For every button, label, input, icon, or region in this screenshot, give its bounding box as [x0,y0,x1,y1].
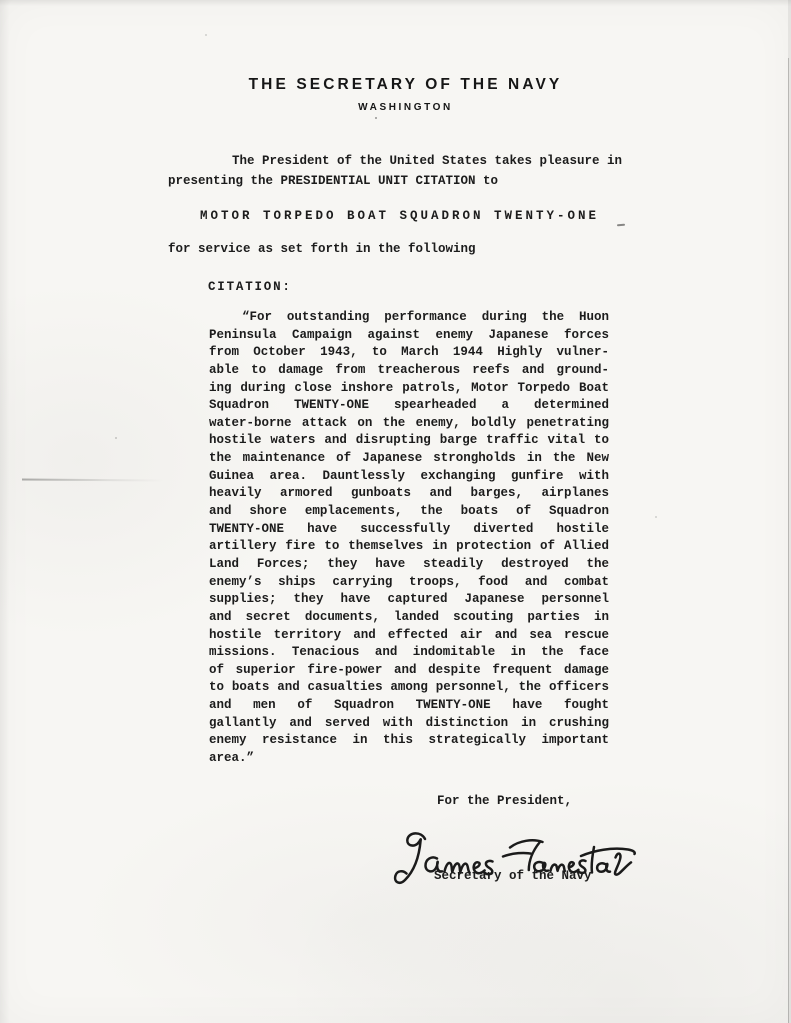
citation-body: “For outstanding performance during the … [209,309,609,768]
citation-line: heavily armored gunboats and barges, air… [209,485,609,503]
citation-line: missions. Tenacious and indomitable in t… [209,644,609,662]
citation-line: “For outstanding performance during the … [209,309,609,327]
citation-line: area.” [209,750,609,768]
stray-mark [617,224,625,227]
signature-ink-icon [392,827,642,889]
citation-line: TWENTY-ONE have successfully diverted ho… [209,521,609,539]
citation-line: Land Forces; they have steadily destroye… [209,556,609,574]
paper-crease [22,479,164,482]
citation-line: Peninsula Campaign against enemy Japanes… [209,327,609,345]
citation-line: able to damage from treacherous reefs an… [209,362,609,380]
intro-line: presenting the PRESIDENTIAL UNIT CITATIO… [168,171,648,191]
citation-line: water-borne attack on the enemy, boldly … [209,415,609,433]
citation-heading: CITATION: [208,277,292,297]
citation-line: Guinea area. Dauntlessly exchanging gunf… [209,468,609,486]
letterhead-subtitle: WASHINGTON [10,102,791,113]
citation-line: ing during close inshore patrols, Motor … [209,380,609,398]
dust-speck [655,516,657,518]
citation-line: enemy’s ships carrying troops, food and … [209,574,609,592]
citation-line: of superior fire-power and despite frequ… [209,662,609,680]
citation-line: and men of Squadron TWENTY-ONE have foug… [209,697,609,715]
citation-line: from October 1943, to March 1944 Highly … [209,344,609,362]
closing-lead: For the President, [437,791,572,811]
dust-speck [375,117,377,119]
dust-speck [205,34,207,36]
citation-line: supplies; they have captured Japanese pe… [209,591,609,609]
recipient-unit-name: MOTOR TORPEDO BOAT SQUADRON TWENTY-ONE [200,206,599,226]
scanned-letter-page: THE SECRETARY OF THE NAVY WASHINGTON The… [0,0,791,1023]
citation-line: to boats and casualties among personnel,… [209,679,609,697]
intro-line: The President of the United States takes… [168,151,648,171]
citation-line: hostile waters and disrupting barge traf… [209,432,609,450]
citation-line: gallantly and served with distinction in… [209,715,609,733]
citation-line: Squadron TWENTY-ONE spearheaded a determ… [209,397,609,415]
citation-line: the maintenance of Japanese strongholds … [209,450,609,468]
citation-line: and shore emplacements, the boats of Squ… [209,503,609,521]
dust-speck [115,437,117,439]
citation-line: and secret documents, landed scouting pa… [209,609,609,627]
letterhead-title: THE SECRETARY OF THE NAVY [10,76,791,94]
citation-line: enemy resistance in this strategically i… [209,732,609,750]
citation-line: hostile territory and effected air and s… [209,627,609,645]
signature-james-forrestal [392,827,642,889]
intro-paragraph: The President of the United States takes… [168,151,648,191]
scan-edge-right-line [788,58,790,1023]
citation-line: artillery fire to themselves in protecti… [209,538,609,556]
service-line: for service as set forth in the followin… [168,239,476,259]
letterhead: THE SECRETARY OF THE NAVY WASHINGTON [10,76,791,113]
